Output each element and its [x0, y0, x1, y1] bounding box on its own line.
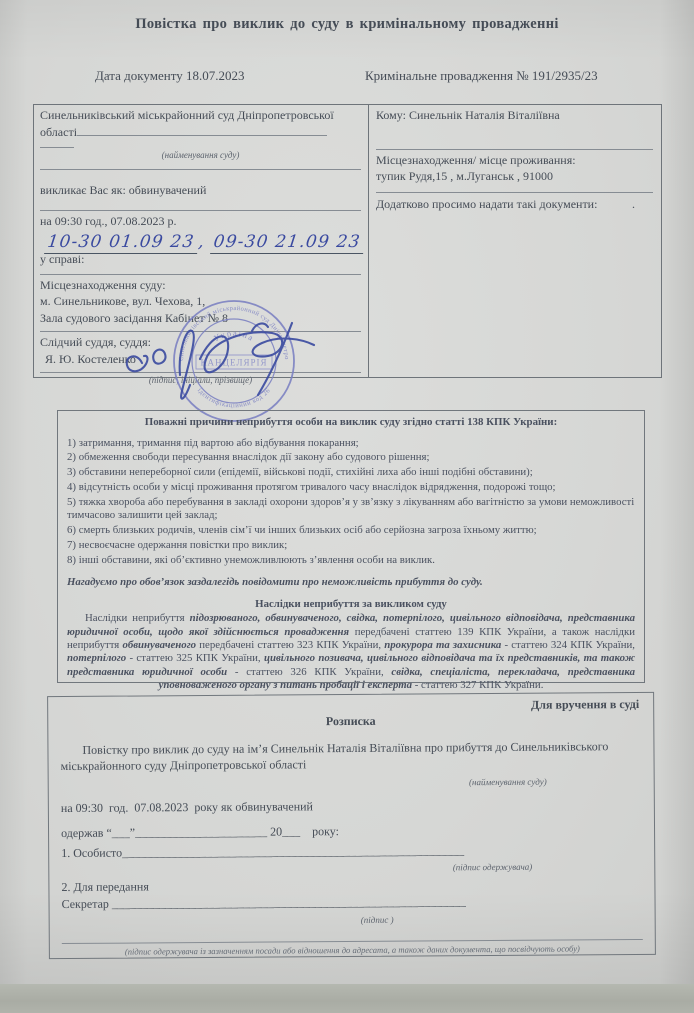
court-location-address: м. Синельникове, вул. Чехова, 1,	[40, 293, 361, 310]
text-segment: - статтею 324 КПК України,	[505, 639, 636, 651]
list-item: 3) обставини непереборної сили (епідемії…	[67, 466, 635, 479]
rule-line	[40, 330, 361, 332]
court-location-room: Зала судового засідання Кабінет № 8	[40, 310, 361, 327]
rule-line	[40, 168, 361, 170]
text-segment: Наслідки неприбуття	[85, 612, 190, 624]
rule-line	[40, 371, 361, 373]
documents-request-value: .	[632, 196, 635, 213]
valid-reasons-box: Поважні причини неприбуття особи на викл…	[57, 410, 645, 683]
text-segment: передбачені статтею 323 КПК України,	[199, 639, 384, 651]
judge-label: Слідчий суддя, суддя:	[40, 334, 361, 351]
recipient-address-label: Місцезнаходження/ місце проживання:	[376, 152, 653, 169]
emphasized-segment: обвинуваченого	[122, 639, 199, 651]
receipt-personally-line: 1. Особисто_____________________________…	[61, 841, 642, 862]
recipient-address-value: тупик Рудя,15 , м.Луганськ , 91000	[376, 168, 653, 185]
document-title: Повістка про виклик до суду в кримінальн…	[0, 16, 694, 33]
rule-line	[40, 273, 361, 275]
text-segment: - статтею 327 КПК України.	[415, 679, 544, 691]
receipt-heading: Розписка	[60, 711, 641, 732]
list-item: 6) смерть близьких родичів, членів сім’ї…	[67, 524, 635, 537]
document-date: Дата документу 18.07.2023	[95, 68, 244, 84]
court-location-label: Місцезнаходження суду:	[40, 277, 361, 294]
receipt-time-line: на 09:30 год. 07.08.2023 року як обвинув…	[61, 796, 642, 817]
receiver-signature-caption: (підпис одержувача)	[453, 861, 533, 874]
list-item: 8) інші обставини, які об’єктивно унемож…	[67, 554, 635, 567]
court-name-caption: (найменування суду)	[40, 149, 361, 161]
summons-role-line: викликає Вас як: обвинувачений	[40, 182, 361, 199]
court-name: Синельниківський міськрайонний суд Дніпр…	[40, 107, 361, 140]
valid-reasons-list: 1) затримання, тримання під вартою або в…	[67, 437, 635, 568]
case-number: Кримінальне провадження № 191/2935/23	[365, 68, 598, 84]
court-cell: Синельниківський міськрайонний суд Дніпр…	[34, 105, 369, 377]
hearing-datetime-line: на 09:30 год., 07.08.2023 р.	[40, 213, 361, 230]
documents-request-label: Додатково просимо надати такі документи:	[376, 196, 597, 213]
list-item: 4) відсутність особи у місці проживання …	[67, 481, 635, 494]
recipient-cell: Кому: Синельнік Наталія Віталіївна Місце…	[369, 105, 661, 377]
handwritten-hearing-dates: 10-30 01.09 23, 09-30 21.09 23	[44, 231, 364, 254]
documents-request-row: Додатково просимо надати такі документи:…	[376, 196, 653, 213]
receipt-body: Повістку про виклик до суду на ім’я Сине…	[60, 738, 641, 776]
list-item: 5) тяжка хвороба або перебування в закла…	[67, 496, 635, 523]
valid-reasons-heading: Поважні причини неприбуття особи на викл…	[67, 416, 635, 430]
receipt-footnote: (підпис одержувача із зазначенням посади…	[62, 942, 643, 958]
scanned-paper-background: Повістка про виклик до суду в кримінальн…	[0, 0, 694, 1013]
list-item: 7) несвоєчасне одержання повістки про ви…	[67, 539, 635, 552]
judge-name: Я. Ю. Костеленко	[45, 351, 361, 368]
judge-signature-caption: (підпис, ініціали, прізвище)	[40, 374, 361, 386]
stamp-ring-text-bottom: ідентифікаційний код 26	[196, 387, 272, 409]
consequences-heading: Наслідки неприбуття за викликом суду	[67, 598, 635, 611]
list-item: 1) затримання, тримання під вартою або в…	[67, 437, 635, 450]
notify-reminder: Нагадуємо про обов’язок заздалегідь пові…	[67, 576, 635, 589]
rule-line	[376, 191, 653, 193]
text-segment: - статтею 326 КПК України,	[235, 666, 392, 678]
footnote-rule: (підпис одержувача із зазначенням посади…	[62, 939, 643, 958]
recipient-name-line: Кому: Синельнік Наталія Віталіївна	[376, 107, 653, 124]
receipt-secretary-line: Секретар _______________________________…	[61, 892, 642, 913]
rule-line	[40, 209, 361, 211]
receipt-received-line: одержав “___”______________________ 20__…	[61, 821, 642, 842]
emphasized-segment: потерпілого	[67, 652, 130, 664]
summons-table: Синельниківський міськрайонний суд Дніпр…	[33, 104, 662, 378]
list-item: 2) обмеження свободи пересування внаслід…	[67, 451, 635, 464]
photo-bottom-shadow	[0, 984, 694, 1013]
text-segment: - статтею 325 КПК України,	[130, 652, 264, 664]
blank-line	[40, 146, 74, 148]
emphasized-segment: прокурора та захисника	[384, 639, 504, 651]
secretary-signature-caption: (підпис )	[62, 912, 643, 929]
receipt-box: Для вручення в суді Розписка Повістку пр…	[47, 692, 656, 959]
receipt-court-caption: (найменування суду)	[469, 776, 547, 789]
blank-line	[77, 125, 327, 136]
rule-line	[376, 148, 653, 150]
consequences-paragraph: Наслідки неприбуття підозрюваного, обвин…	[67, 612, 635, 692]
